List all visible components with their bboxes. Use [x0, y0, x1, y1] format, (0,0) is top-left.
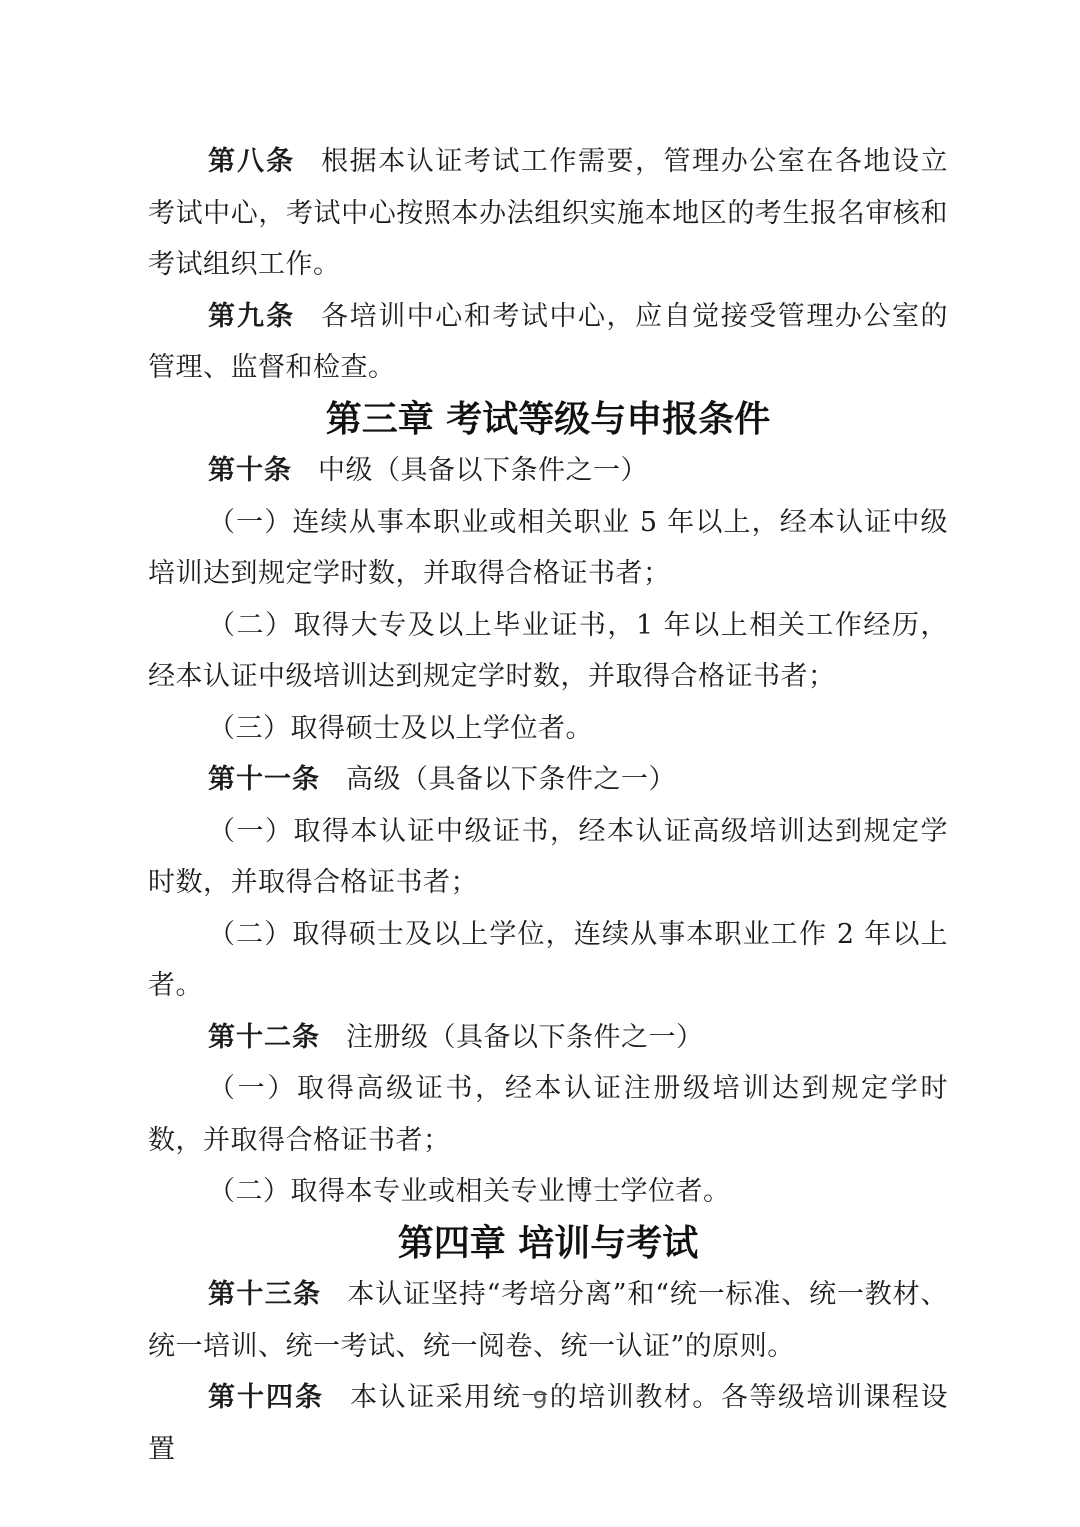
article-number: 第十三条 — [208, 1279, 321, 1310]
article-paragraph-11: 第十一条高级（具备以下条件之一） — [148, 754, 948, 806]
chapter-heading-4: 第四章 培训与考试 — [148, 1218, 948, 1270]
list-item-2: （二）取得本专业或相关专业博士学位者。 — [148, 1166, 948, 1218]
list-item-3: （三）取得硕士及以上学位者。 — [148, 703, 948, 755]
article-number: 第九条 — [208, 301, 295, 332]
article-number: 第十二条 — [208, 1022, 320, 1053]
page-number: 9 — [0, 1388, 1080, 1414]
article-number: 第十条 — [208, 455, 292, 486]
article-text: 高级（具备以下条件之一） — [346, 764, 676, 795]
list-item-1: （一）取得本认证中级证书，经本认证高级培训达到规定学时数，并取得合格证书者； — [148, 806, 948, 909]
document-page: 第八条根据本认证考试工作需要，管理办公室在各地设立考试中心，考试中心按照本办法组… — [0, 0, 1080, 1527]
article-text: 中级（具备以下条件之一） — [318, 455, 648, 486]
item-text: （二）取得本专业或相关专业博士学位者。 — [208, 1176, 731, 1207]
article-paragraph-9: 第九条各培训中心和考试中心，应自觉接受管理办公室的管理、监督和检查。 — [148, 291, 948, 394]
article-number: 第八条 — [208, 146, 295, 177]
list-item-1: （一）取得高级证书，经本认证注册级培训达到规定学时数，并取得合格证书者； — [148, 1063, 948, 1166]
article-text: 注册级（具备以下条件之一） — [346, 1022, 704, 1053]
list-item-2: （二）取得硕士及以上学位，连续从事本职业工作 2 年以上者。 — [148, 909, 948, 1012]
article-paragraph-13: 第十三条本认证坚持“考培分离”和“统一标准、统一教材、统一培训、统一考试、统一阅… — [148, 1269, 948, 1372]
document-body: 第八条根据本认证考试工作需要，管理办公室在各地设立考试中心，考试中心按照本办法组… — [148, 136, 948, 1475]
item-text: （二）取得硕士及以上学位，连续从事本职业工作 2 年以上者。 — [148, 919, 948, 1002]
article-paragraph-12: 第十二条注册级（具备以下条件之一） — [148, 1012, 948, 1064]
item-text: （二）取得大专及以上毕业证书，1 年以上相关工作经历，经本认证中级培训达到规定学… — [148, 610, 948, 693]
item-text: （三）取得硕士及以上学位者。 — [208, 713, 593, 744]
item-text: （一）取得高级证书，经本认证注册级培训达到规定学时数，并取得合格证书者； — [148, 1073, 948, 1156]
list-item-2: （二）取得大专及以上毕业证书，1 年以上相关工作经历，经本认证中级培训达到规定学… — [148, 600, 948, 703]
article-paragraph-10: 第十条中级（具备以下条件之一） — [148, 445, 948, 497]
list-item-1: （一）连续从事本职业或相关职业 5 年以上，经本认证中级培训达到规定学时数，并取… — [148, 497, 948, 600]
item-text: （一）取得本认证中级证书，经本认证高级培训达到规定学时数，并取得合格证书者； — [148, 816, 948, 899]
article-paragraph-8: 第八条根据本认证考试工作需要，管理办公室在各地设立考试中心，考试中心按照本办法组… — [148, 136, 948, 291]
item-text: （一）连续从事本职业或相关职业 5 年以上，经本认证中级培训达到规定学时数，并取… — [148, 507, 948, 590]
chapter-heading-3: 第三章 考试等级与申报条件 — [148, 394, 948, 446]
article-number: 第十一条 — [208, 764, 320, 795]
